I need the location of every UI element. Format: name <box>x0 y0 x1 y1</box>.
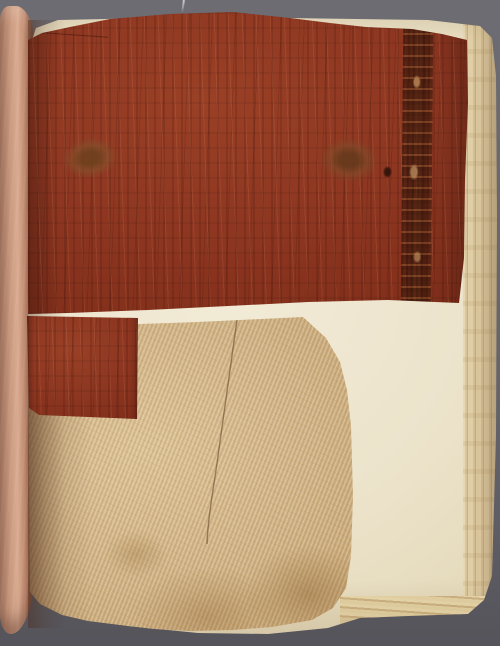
red-barkcloth-flap <box>27 316 139 422</box>
barkcloth-stain <box>318 136 380 185</box>
barkcloth-spot <box>383 166 392 178</box>
dust-fiber <box>181 0 185 13</box>
barkcloth-stain <box>59 134 120 181</box>
red-barkcloth-sample <box>28 10 468 314</box>
barkcloth-stitched-seam <box>401 22 434 314</box>
photo: Photograph of an open specimen book: a l… <box>0 0 500 646</box>
